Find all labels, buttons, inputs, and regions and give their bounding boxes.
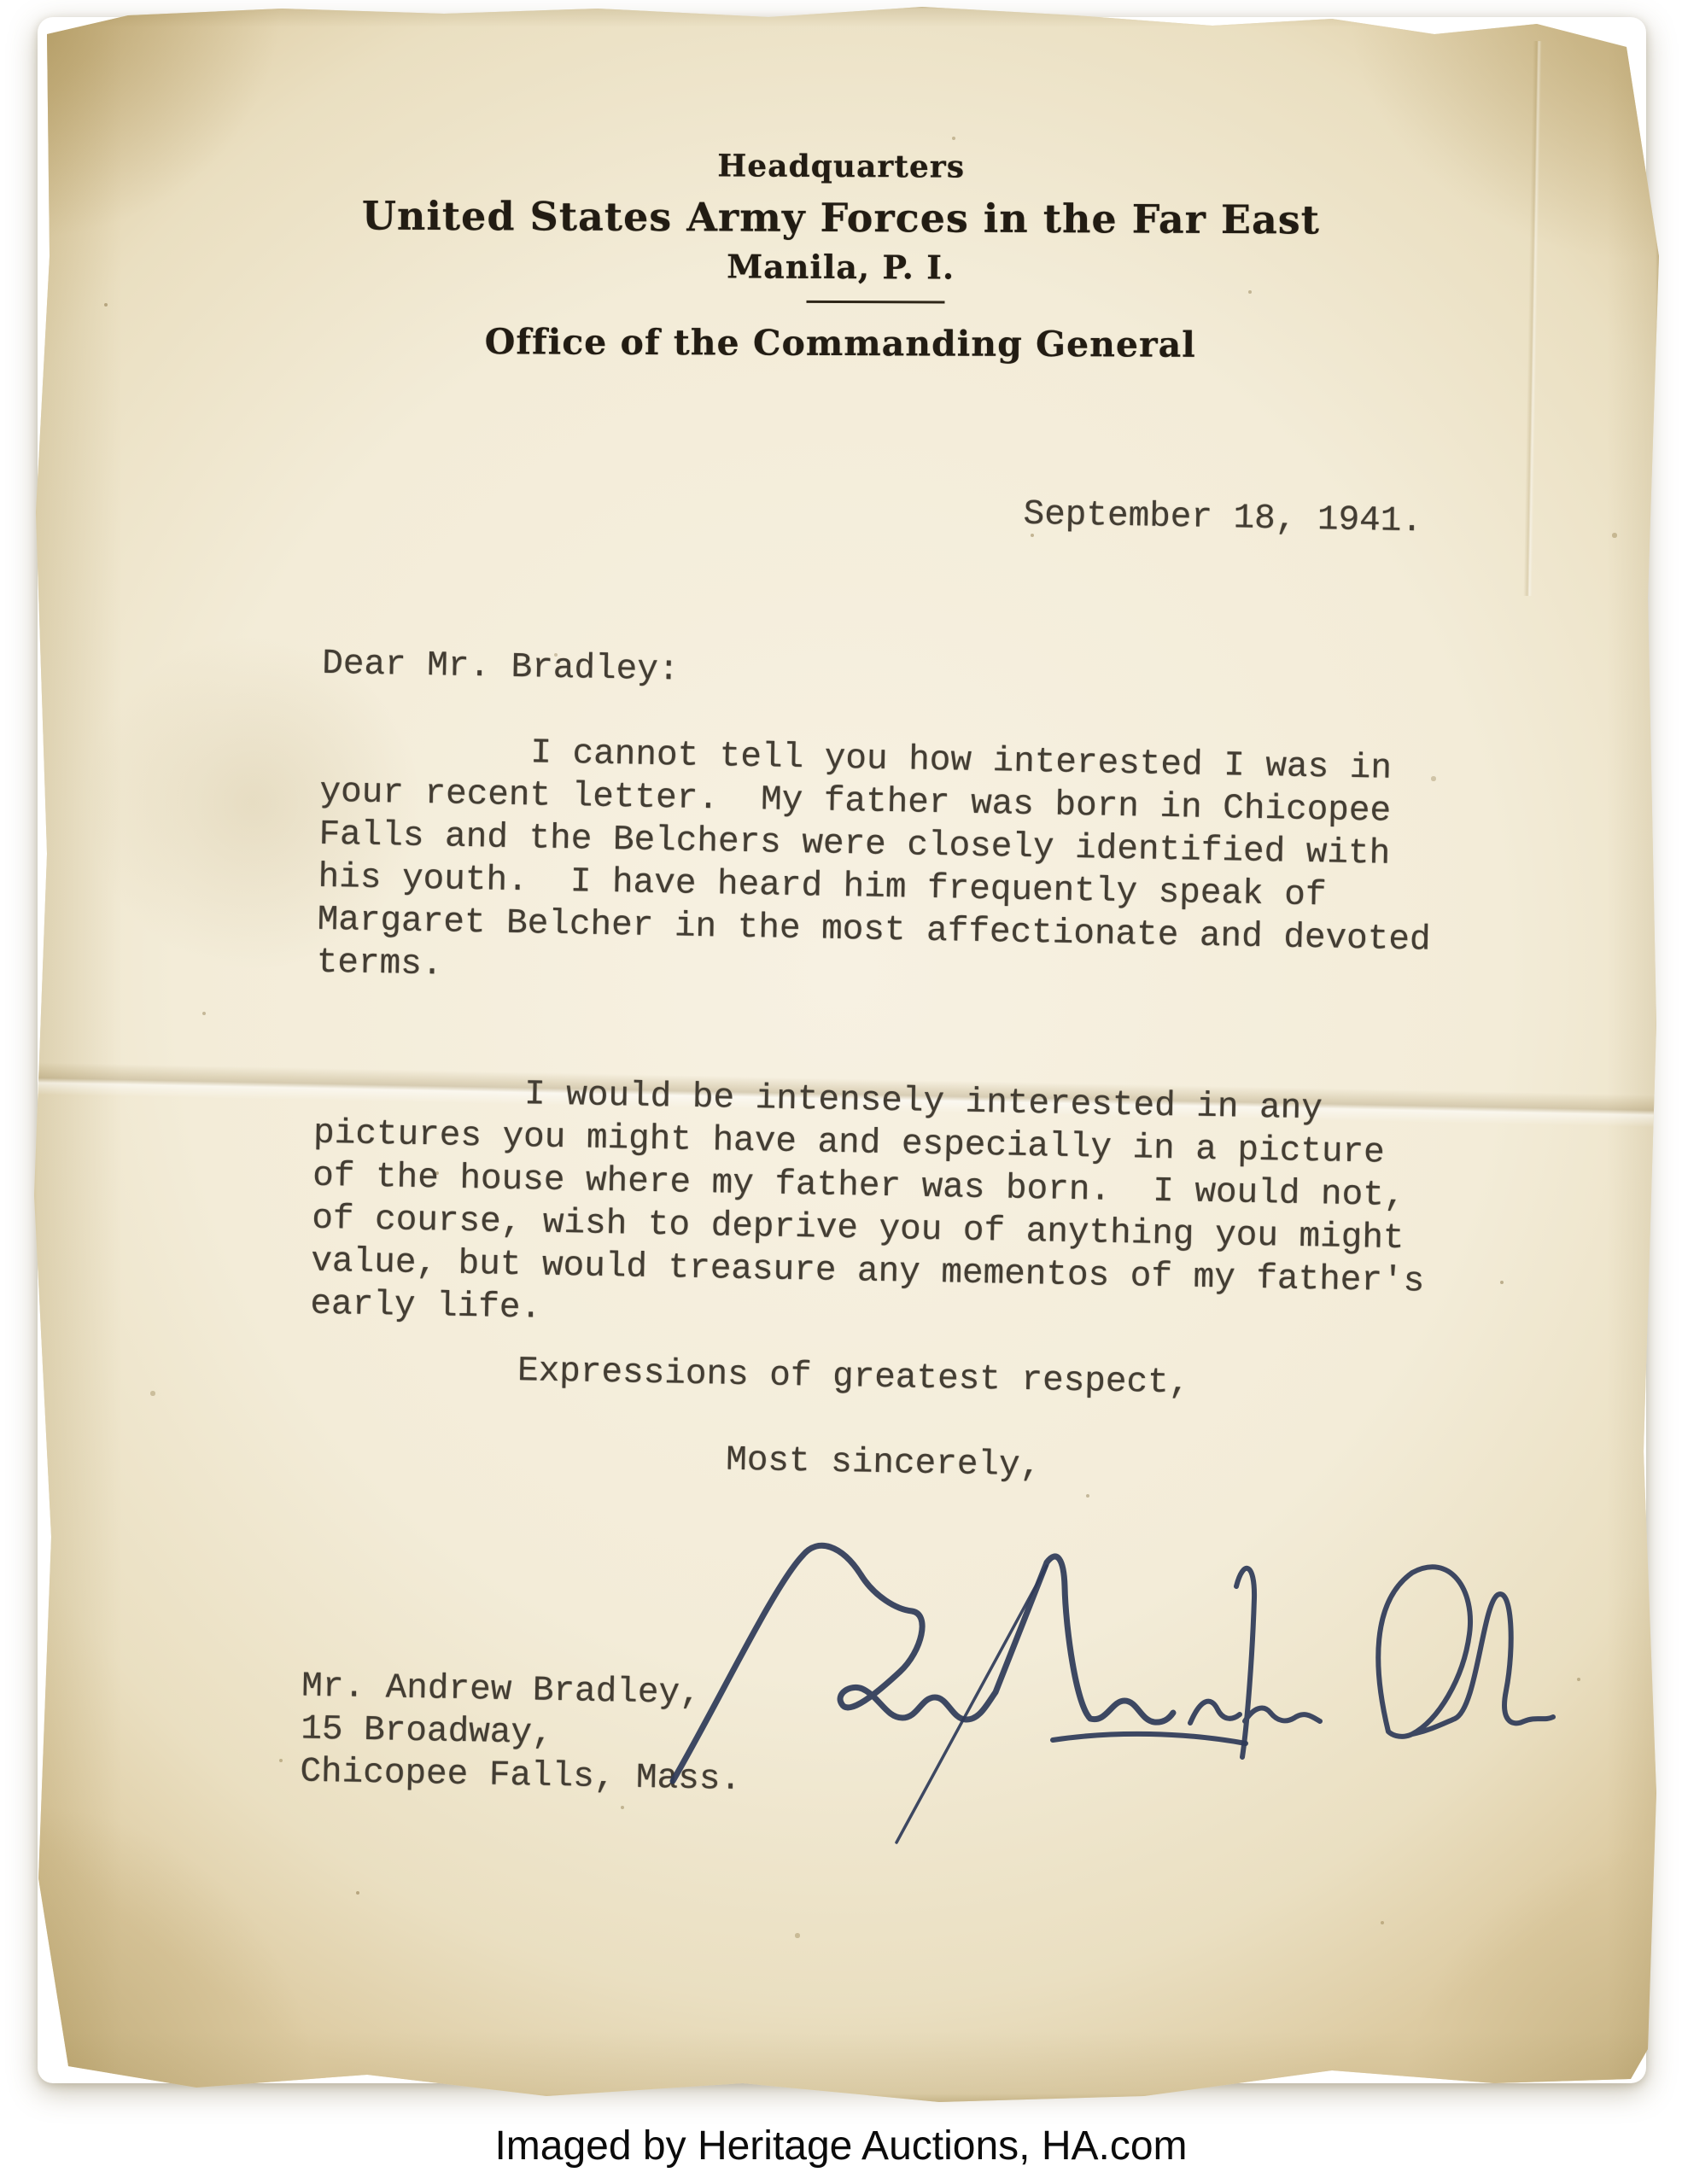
paragraph-1: I cannot tell you how interested I was i… <box>316 728 1434 1005</box>
closing-sincerely: Most sincerely, <box>726 1439 1042 1488</box>
closing-respect: Expressions of greatest respect, <box>517 1350 1190 1404</box>
macarthur-signature <box>647 1525 1561 1849</box>
signature-underline <box>1053 1734 1246 1743</box>
letter-paper: Headquarters United States Army Forces i… <box>24 5 1660 2104</box>
signature-stroke-douglas <box>673 1545 1173 1781</box>
auction-watermark-caption: Imaged by Heritage Auctions, HA.com <box>0 2123 1682 2169</box>
page: { "letterhead": { "line1": "Headquarters… <box>0 0 1682 2184</box>
paragraph-2: I would be intensely interested in any p… <box>310 1070 1428 1346</box>
salutation: Dear Mr. Bradley: <box>322 643 680 692</box>
signature-stroke-mac <box>1190 1568 1320 1757</box>
letterhead: Headquarters United States Army Forces i… <box>24 2 1660 9</box>
signature-stroke-arthur <box>1378 1567 1553 1737</box>
foxing-specks <box>24 5 26 7</box>
letter-date: September 18, 1941. <box>1023 493 1422 544</box>
